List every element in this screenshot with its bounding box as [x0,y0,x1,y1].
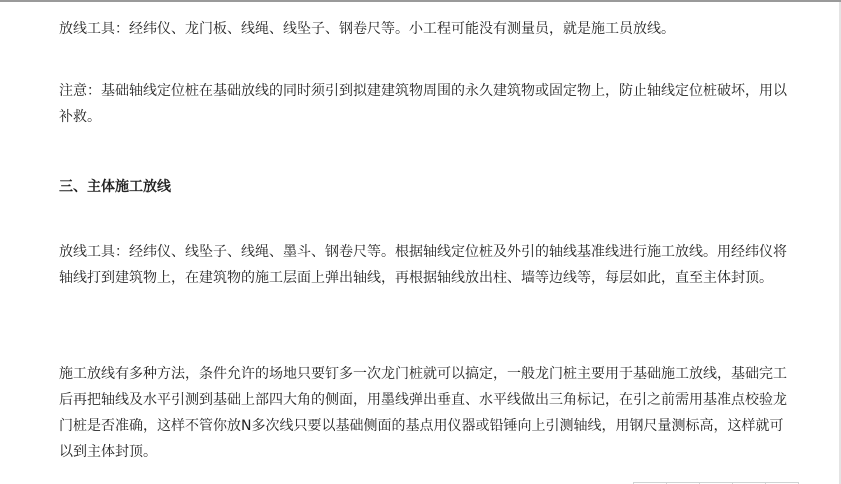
top-border [0,0,841,2]
section-heading: 三、主体施工放线 [59,174,171,200]
paragraph-note: 注意：基础轴线定位桩在基础放线的同时须引到拟建建筑物周围的永久建筑物或固定物上，… [59,78,794,130]
paragraph-main-tools: 放线工具：经纬仪、线坠子、线绳、墨斗、钢卷尺等。根据轴线定位桩及外引的轴线基准线… [59,239,794,291]
paragraph-tools: 放线工具：经纬仪、龙门板、线绳、线坠子、钢卷尺等。小工程可能没有测量员，就是施工… [59,16,675,42]
paragraph-methods: 施工放线有多种方法，条件允许的场地只要钉多一次龙门桩就可以搞定，一般龙门桩主要用… [59,361,794,465]
